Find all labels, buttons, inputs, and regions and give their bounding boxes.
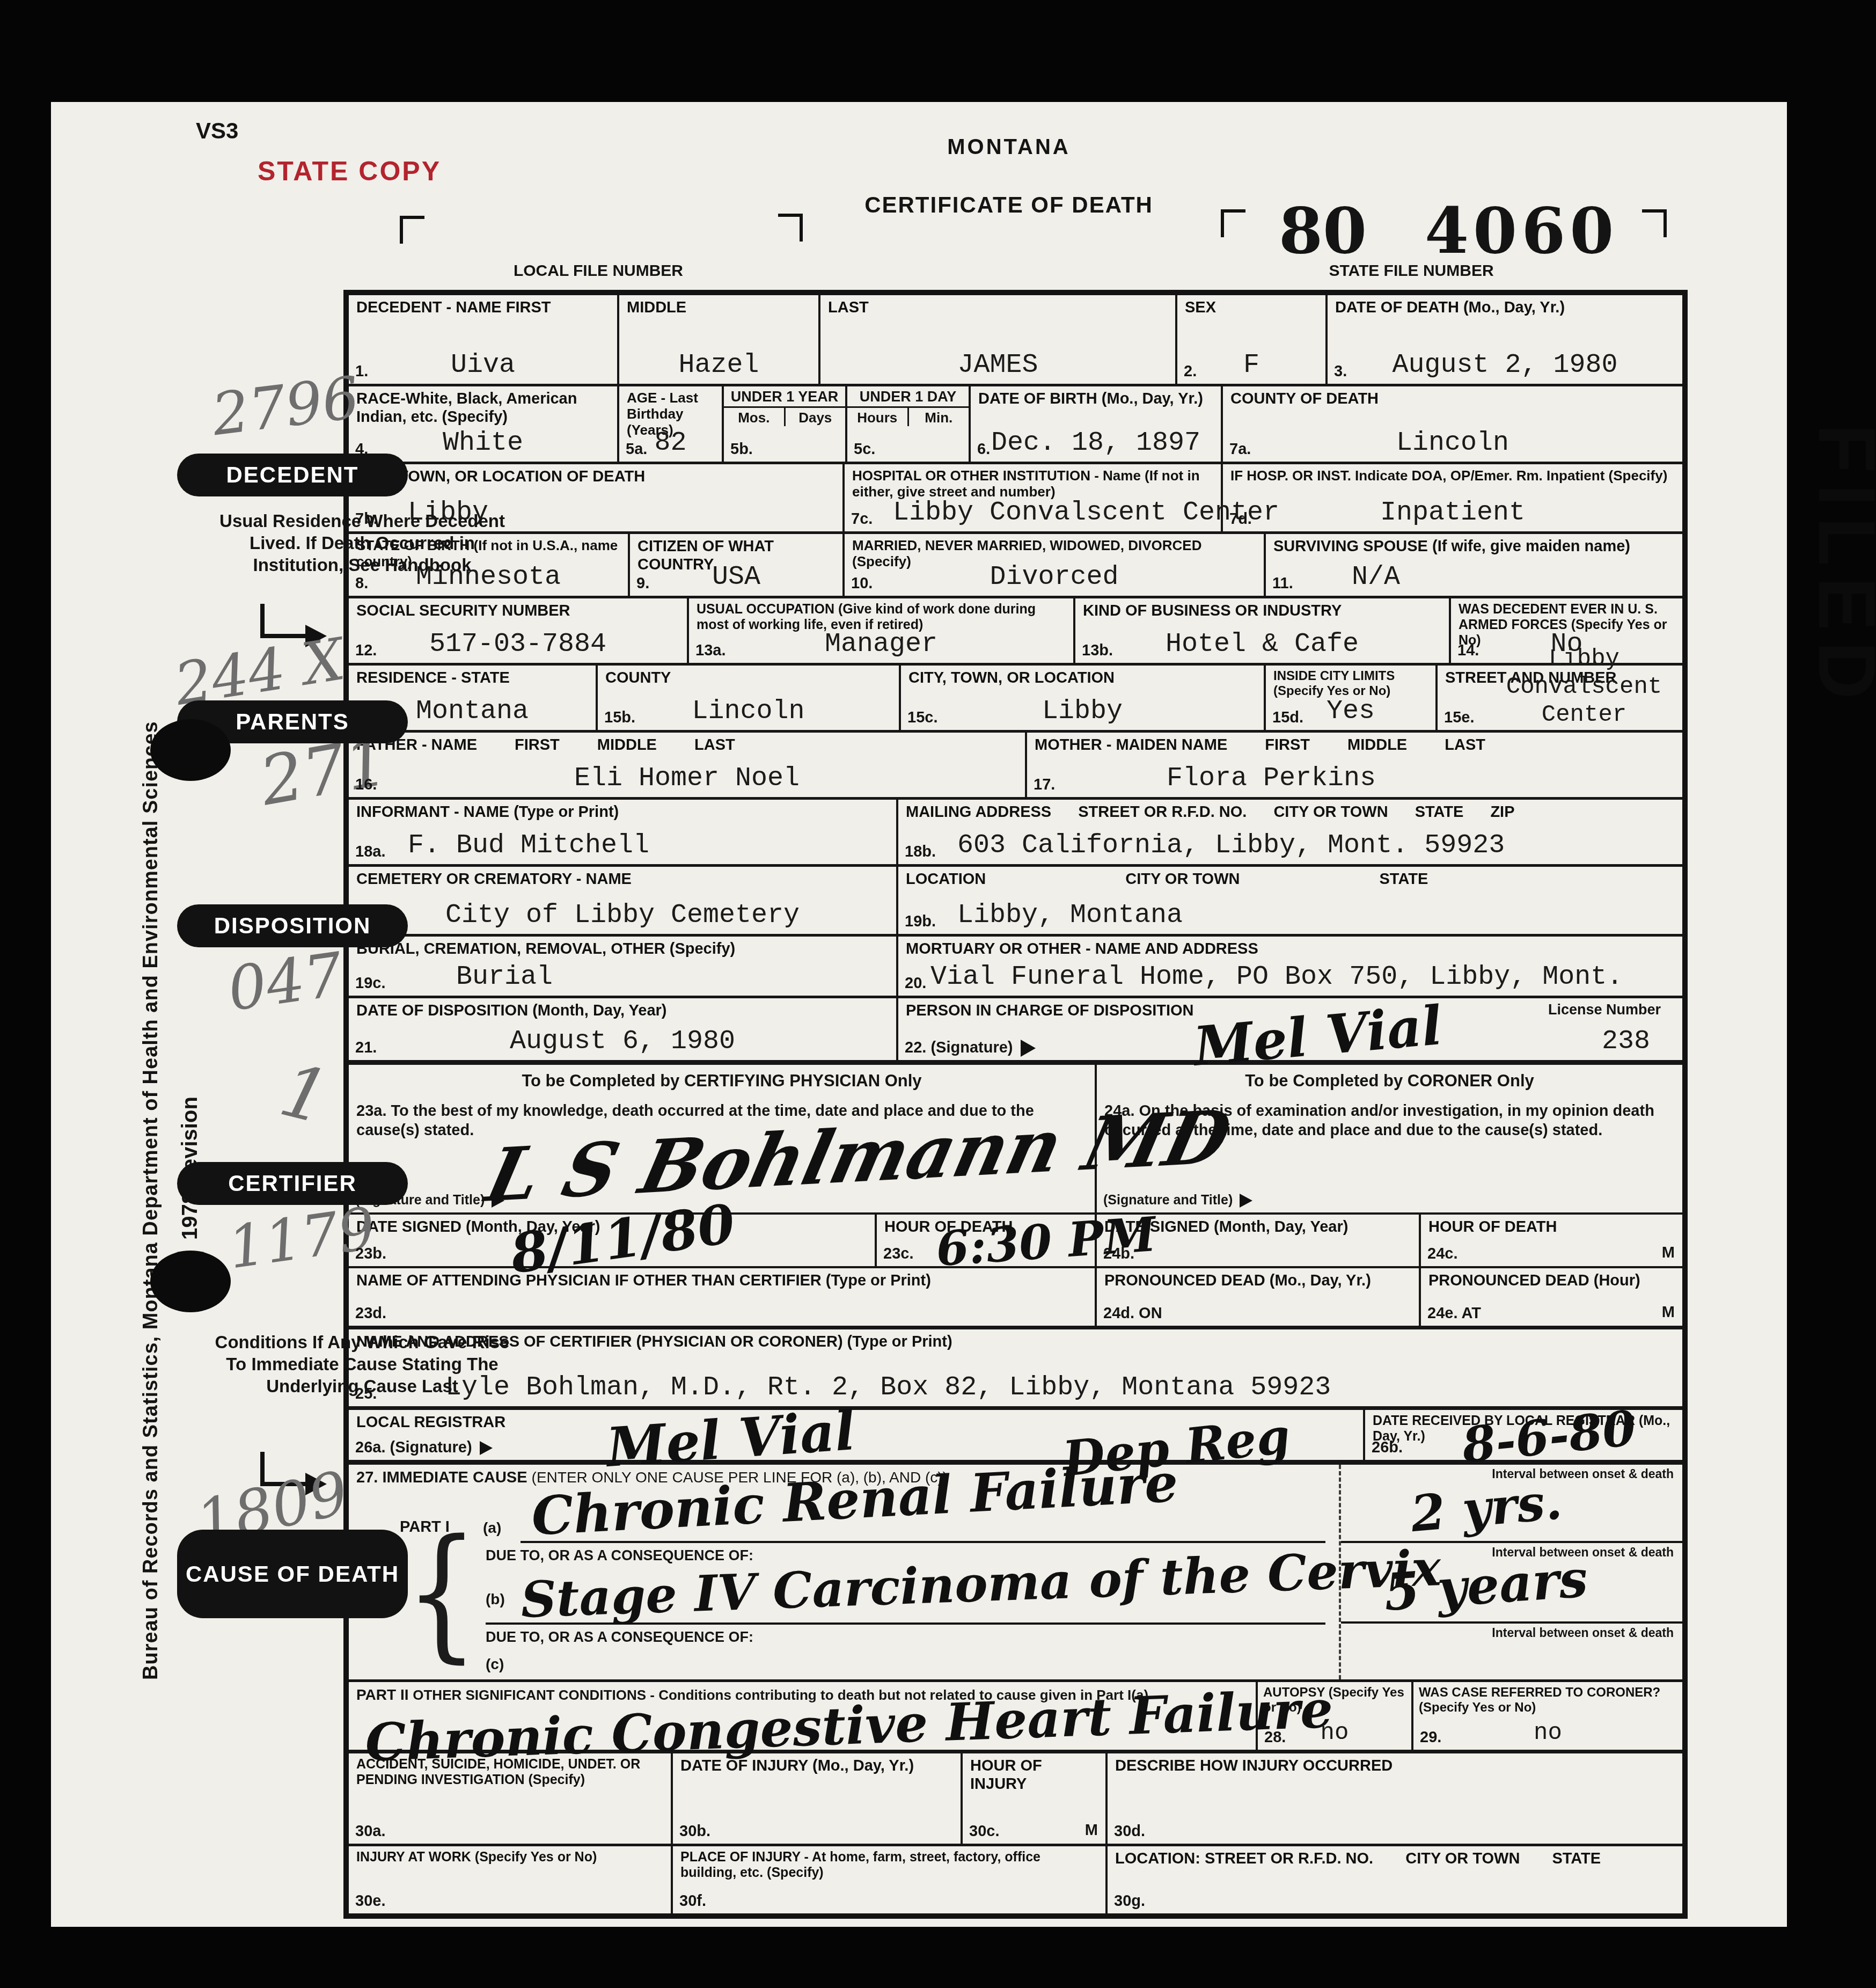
field-label: CEMETERY OR CREMATORY - NAME — [349, 867, 896, 888]
meridiem-marker: M — [1085, 1822, 1098, 1839]
field-value: F — [1177, 350, 1325, 381]
field-number: 8. — [355, 575, 368, 593]
field-informant: INFORMANT - NAME (Type or Print) 18a. F.… — [349, 800, 896, 864]
field-number: 23b. — [355, 1245, 386, 1263]
field-number: 13a. — [695, 642, 726, 660]
interval-column: Interval between onset & death 2 yrs. In… — [1339, 1465, 1682, 1679]
section-header-coroner: To be Completed by CORONER Only — [1097, 1065, 1682, 1097]
label-last: LAST — [694, 736, 735, 754]
field-number: 26b. — [1372, 1439, 1403, 1457]
field-number: 24d. ON — [1103, 1305, 1162, 1322]
at-label: AT — [1461, 1305, 1481, 1322]
field-first-name: DECEDENT - NAME FIRST 1. Uiva — [349, 295, 617, 384]
part1-label: PART I — [400, 1518, 450, 1536]
field-label: MOTHER - MAIDEN NAME FIRST MIDDLE LAST — [1027, 733, 1682, 754]
label-state: STATE — [1380, 870, 1428, 888]
field-number: 28. — [1264, 1729, 1286, 1746]
meridiem-marker: M — [1662, 1244, 1675, 1262]
field-number: 6. — [977, 441, 990, 458]
field-number: 3. — [1334, 363, 1347, 381]
pronounced-dead-row: PRONOUNCED DEAD (Mo., Day, Yr.) 24d. ON … — [1097, 1266, 1682, 1326]
field-pronounced-dead-hour: PRONOUNCED DEAD (Hour) 24e. AT M — [1419, 1268, 1682, 1326]
field-hour-of-death: HOUR OF DEATH 23c. 6:30 PM — [875, 1215, 1095, 1266]
field-number: 30g. — [1114, 1892, 1145, 1910]
field-hospital-status: IF HOSP. OR INST. Indicate DOA, OP/Emer.… — [1221, 464, 1682, 531]
field-label: COUNTY OF DEATH — [1223, 386, 1682, 408]
part2-area: PART II OTHER SIGNIFICANT CONDITIONS - C… — [349, 1679, 1682, 1750]
field-age: AGE - Last Birthday (Years) 5a. 82 — [617, 386, 722, 462]
field-citizen: CITIZEN OF WHAT COUNTRY 9. USA — [628, 534, 842, 596]
field-number-text: 22. — [905, 1039, 926, 1056]
due-to-label: DUE TO, OR AS A CONSEQUENCE OF: — [486, 1547, 753, 1564]
immediate-cause-label: IMMEDIATE CAUSE — [382, 1469, 527, 1486]
field-value: Divorced — [845, 562, 1264, 593]
field-value: August 6, 1980 — [349, 1026, 896, 1057]
page-title: CERTIFICATE OF DEATH — [821, 192, 1197, 218]
field-label: RESIDENCE - STATE — [349, 666, 596, 687]
field-inside-city-limits: INSIDE CITY LIMITS (Specify Yes or No) 1… — [1264, 666, 1435, 730]
field-value: JAMES — [820, 350, 1175, 381]
row-disposition: DATE OF DISPOSITION (Month, Day, Year) 2… — [349, 996, 1682, 1060]
field-mortuary: MORTUARY OR OTHER - NAME AND ADDRESS 20.… — [896, 937, 1682, 996]
field-value: Lincoln — [1223, 428, 1682, 458]
pencil-code-decedent: 2796 — [208, 364, 363, 449]
field-value: no — [1413, 1720, 1682, 1746]
field-label: DATE OF DISPOSITION (Month, Day, Year) — [349, 998, 896, 1020]
field-number: 7b. — [355, 510, 378, 528]
field-label: INSIDE CITY LIMITS (Specify Yes or No) — [1266, 666, 1435, 699]
field-number: 30b. — [679, 1823, 710, 1840]
field-number: 23a. — [356, 1102, 386, 1120]
label-zip: ZIP — [1490, 803, 1514, 821]
brace-glyph: { — [405, 1520, 479, 1664]
field-place-of-injury: PLACE OF INJURY - At home, farm, street,… — [671, 1846, 1105, 1913]
state-file-number-value: 4060 — [1425, 193, 1607, 268]
row-burial: BURIAL, CREMATION, REMOVAL, OTHER (Speci… — [349, 934, 1682, 996]
field-label: CITY, TOWN, OR LOCATION OF DEATH — [349, 464, 842, 486]
field-value: Eli Homer Noel — [349, 763, 1025, 794]
field-number: 25. — [355, 1385, 377, 1403]
field-label: IF HOSP. OR INST. Indicate DOA, OP/Emer.… — [1223, 464, 1682, 484]
field-number: 30c. — [969, 1823, 999, 1840]
field-number: 21. — [355, 1039, 377, 1057]
field-cemetery: CEMETERY OR CREMATORY - NAME 19a. City o… — [349, 867, 896, 934]
certificate-form: DECEDENT - NAME FIRST 1. Uiva MIDDLE Haz… — [343, 290, 1688, 1919]
field-number: 18b. — [905, 843, 936, 861]
label-middle: MIDDLE — [597, 736, 657, 754]
field-describe-injury: DESCRIBE HOW INJURY OCCURRED 30d. — [1105, 1753, 1682, 1844]
field-race: RACE-White, Black, American Indian, etc.… — [349, 386, 617, 462]
field-number: 30f. — [679, 1892, 706, 1910]
field-date-signed: DATE SIGNED (Month, Day, Year) 23b. 8/11… — [349, 1215, 875, 1266]
field-value: USA — [630, 562, 842, 593]
corner-bracket-icon — [1221, 209, 1245, 237]
field-label: PLACE OF INJURY - At home, farm, street,… — [673, 1846, 1105, 1881]
label-first: FIRST — [515, 736, 560, 754]
field-value: 517-03-7884 — [349, 629, 687, 660]
field-number: 19b. — [905, 913, 936, 931]
label-street: STREET OR R.F.D. NO. — [1078, 803, 1247, 821]
field-number: 5a. — [626, 441, 647, 458]
field-value: Inpatient — [1223, 498, 1682, 528]
file-year: 80 — [1274, 193, 1371, 268]
field-value: Flora Perkins — [1027, 763, 1682, 794]
field-coroner-hour: HOUR OF DEATH 24c. M — [1419, 1215, 1682, 1266]
line-b-label: (b) — [486, 1591, 505, 1608]
coroner-date-hour-row: DATE SIGNED (Month, Day, Year) 24b. HOUR… — [1097, 1212, 1682, 1266]
field-number: 23c. — [883, 1245, 913, 1263]
field-value: Libby Convalscent Center — [845, 498, 1221, 528]
corner-bracket-icon — [1642, 209, 1667, 237]
field-residence-city: CITY, TOWN, OR LOCATION 15c. Libby — [899, 666, 1264, 730]
field-disposition-person: PERSON IN CHARGE OF DISPOSITION 22. (Sig… — [896, 998, 1682, 1060]
pencil-code-single: 1 — [272, 1048, 337, 1141]
field-number: 20. — [905, 975, 926, 992]
immediate-cause-area: 27. IMMEDIATE CAUSE (ENTER ONLY ONE CAUS… — [349, 1465, 1339, 1679]
field-date-received: DATE RECEIVED BY LOCAL REGISTRAR (Mo., D… — [1363, 1410, 1682, 1460]
row-residence: RESIDENCE - STATE 15a. Montana COUNTY 15… — [349, 663, 1682, 730]
label-mother: MOTHER - MAIDEN NAME — [1035, 736, 1227, 754]
field-label: MAILING ADDRESS STREET OR R.F.D. NO. CIT… — [898, 800, 1682, 821]
field-number: 12. — [355, 642, 377, 660]
certificate-paper: VS3 STATE COPY MONTANA CERTIFICATE OF DE… — [51, 102, 1787, 1927]
field-hour-of-injury: HOUR OF INJURY 30c. M — [961, 1753, 1105, 1844]
sub-columns: Mos. Days — [724, 408, 845, 426]
certifying-physician-half: To be Completed by CERTIFYING PHYSICIAN … — [349, 1065, 1095, 1326]
field-number: 24b. — [1103, 1245, 1134, 1263]
field-label: CITY, TOWN, OR LOCATION — [901, 666, 1264, 687]
interval-label: Interval between onset & death — [1341, 1624, 1682, 1640]
meridiem-marker: M — [1662, 1304, 1675, 1321]
field-middle-name: MIDDLE Hazel — [617, 295, 818, 384]
field-label: HOUR OF INJURY — [963, 1753, 1105, 1793]
label-last: LAST — [1445, 736, 1485, 754]
field-value: Dec. 18, 1897 — [971, 428, 1221, 458]
field-injury-location: LOCATION: STREET OR R.F.D. NO. CITY OR T… — [1105, 1846, 1682, 1913]
field-number: 30a. — [355, 1823, 385, 1840]
field-label: PRONOUNCED DEAD (Mo., Day, Yr.) — [1097, 1268, 1419, 1290]
field-under-1-year: UNDER 1 YEAR Mos. Days 5b. — [722, 386, 845, 462]
field-label: MORTUARY OR OTHER - NAME AND ADDRESS — [898, 937, 1682, 958]
field-label: UNDER 1 YEAR — [724, 386, 845, 408]
signature-label: (Signature) — [930, 1039, 1013, 1056]
interval-a-block: Interval between onset & death 2 yrs. — [1341, 1465, 1682, 1543]
field-number: 22. (Signature) — [905, 1039, 1036, 1057]
corner-bracket-icon — [778, 214, 803, 242]
field-date-of-injury: DATE OF INJURY (Mo., Day, Yr.) 30b. — [671, 1753, 961, 1844]
part2-label: PART II — [356, 1686, 408, 1703]
punch-hole — [150, 719, 231, 781]
field-number: 18a. — [355, 843, 385, 861]
signature-label-text: (Signature and Title) — [1103, 1193, 1233, 1208]
label-middle: MIDDLE — [1347, 736, 1407, 754]
state-copy-stamp: STATE COPY — [258, 156, 441, 187]
license-number-label: License Number — [1548, 1002, 1661, 1018]
field-father-name: FATHER - NAME FIRST MIDDLE LAST 16. Eli … — [349, 733, 1025, 797]
field-occupation: USUAL OCCUPATION (Give kind of work done… — [687, 598, 1073, 663]
row-parents: FATHER - NAME FIRST MIDDLE LAST 16. Eli … — [349, 730, 1682, 797]
field-business: KIND OF BUSINESS OR INDUSTRY 13b. Hotel … — [1073, 598, 1449, 663]
section-header-physician: To be Completed by CERTIFYING PHYSICIAN … — [349, 1065, 1095, 1097]
field-label: BURIAL, CREMATION, REMOVAL, OTHER (Speci… — [349, 937, 896, 958]
signature-arrow-icon — [480, 1441, 493, 1455]
field-number: 9. — [636, 575, 649, 593]
field-label: MIDDLE — [619, 295, 818, 317]
field-injury-at-work: INJURY AT WORK (Specify Yes or No) 30e. — [349, 1846, 671, 1913]
field-mailing-address: MAILING ADDRESS STREET OR R.F.D. NO. CIT… — [896, 800, 1682, 864]
scan-artifact: FILED — [1800, 424, 1876, 710]
field-number-text: 26a. — [355, 1439, 385, 1456]
field-value: Manager — [689, 629, 1073, 660]
field-number: 24e. AT — [1427, 1305, 1481, 1322]
scanned-death-certificate: VS3 STATE COPY MONTANA CERTIFICATE OF DE… — [0, 0, 1876, 1988]
field-label: LOCATION: STREET OR R.F.D. NO. CITY OR T… — [1108, 1846, 1682, 1868]
field-label: SOCIAL SECURITY NUMBER — [349, 598, 687, 620]
field-value: Libby, Montana — [898, 900, 1682, 931]
row-birth-citizen-marital: STATE OF BIRTH (If not in U.S.A., name c… — [349, 531, 1682, 596]
label-mailing: MAILING ADDRESS — [906, 803, 1051, 821]
tab-certifier: CERTIFIER — [177, 1162, 408, 1205]
field-pronounced-dead-date: PRONOUNCED DEAD (Mo., Day, Yr.) 24d. ON — [1097, 1268, 1419, 1326]
label-state: STATE — [1552, 1850, 1601, 1868]
field-label: HOSPITAL OR OTHER INSTITUTION - Name (If… — [845, 464, 1221, 500]
due-to-label: DUE TO, OR AS A CONSEQUENCE OF: — [486, 1629, 753, 1646]
field-number: 13b. — [1082, 642, 1113, 660]
field-residence-county: COUNTY 15b. Lincoln — [596, 666, 899, 730]
sub-label-minutes: Min. — [907, 408, 969, 426]
on-label: ON — [1139, 1305, 1162, 1322]
pencil-code-disposition: 047 — [224, 940, 347, 1025]
field-label: KIND OF BUSINESS OR INDUSTRY — [1075, 598, 1449, 620]
row-place-of-death: CITY, TOWN, OR LOCATION OF DEATH 7b. Lib… — [349, 462, 1682, 531]
field-value: Lincoln — [598, 696, 899, 727]
field-label: FATHER - NAME FIRST MIDDLE LAST — [349, 733, 1025, 754]
cause-of-death-section: 27. IMMEDIATE CAUSE (ENTER ONLY ONE CAUS… — [349, 1460, 1682, 1750]
field-attending-physician: NAME OF ATTENDING PHYSICIAN IF OTHER THA… — [349, 1266, 1095, 1326]
row-injury-b: INJURY AT WORK (Specify Yes or No) 30e. … — [349, 1844, 1682, 1913]
sub-label-hours: Hours — [847, 408, 907, 426]
field-last-name: LAST JAMES — [818, 295, 1175, 384]
field-label: DESCRIBE HOW INJURY OCCURRED — [1108, 1753, 1682, 1775]
tab-decedent: DECEDENT — [177, 454, 408, 496]
label-location: LOCATION: STREET OR R.F.D. NO. — [1115, 1850, 1373, 1868]
field-number: 5b. — [730, 441, 753, 458]
field-number: 11. — [1272, 575, 1293, 593]
field-label: RACE-White, Black, American Indian, etc.… — [349, 386, 617, 426]
field-cemetery-location: LOCATION CITY OR TOWN STATE 19b. Libby, … — [896, 867, 1682, 934]
field-label: LAST — [820, 295, 1175, 317]
field-value: F. Bud Mitchell — [349, 830, 896, 861]
field-label: COUNTY — [598, 666, 899, 687]
field-number-text: 24e. — [1427, 1305, 1457, 1322]
bureau-vertical-text: Bureau of Records and Statistics, Montan… — [140, 467, 173, 1680]
field-number-text: 24d. — [1103, 1305, 1134, 1322]
field-value: Burial — [349, 962, 896, 992]
field-number: 2. — [1184, 363, 1197, 381]
field-value: N/A — [1266, 562, 1682, 593]
field-number: 16. — [355, 776, 377, 794]
signature-label: (Signature and Title) — [1103, 1193, 1252, 1208]
field-label: SURVIVING SPOUSE (If wife, give maiden n… — [1266, 534, 1682, 556]
license-number-value: 238 — [1602, 1026, 1650, 1057]
field-label: SEX — [1177, 295, 1325, 317]
field-number: 30e. — [355, 1892, 385, 1910]
corner-bracket-icon — [400, 216, 424, 244]
signature-arrow-icon — [1021, 1040, 1036, 1057]
field-case-referred: WAS CASE REFERRED TO CORONER? (Specify Y… — [1411, 1682, 1682, 1750]
sub-columns: Hours Min. — [847, 408, 969, 426]
field-label: HOUR OF DEATH — [1421, 1215, 1682, 1236]
label-location: LOCATION — [906, 870, 986, 888]
line-a-label: (a) — [483, 1519, 501, 1537]
line-c-label: (c) — [486, 1656, 504, 1673]
field-marital-status: MARRIED, NEVER MARRIED, WIDOWED, DIVORCE… — [842, 534, 1264, 596]
field-number: 23d. — [355, 1305, 386, 1322]
field-value: August 2, 1980 — [1328, 350, 1682, 381]
field-sex: SEX 2. F — [1175, 295, 1325, 384]
label-city: CITY OR TOWN — [1405, 1850, 1520, 1868]
field-number: 7d. — [1229, 510, 1252, 528]
field-number: 7a. — [1229, 441, 1251, 458]
row-local-registrar: LOCAL REGISTRAR 26a. (Signature) Mel Via… — [349, 1406, 1682, 1460]
field-number: 19c. — [355, 975, 385, 992]
row-certifier-name: NAME AND ADDRESS OF CERTIFIER (PHYSICIAN… — [349, 1326, 1682, 1406]
field-number: 1. — [355, 363, 368, 381]
field-mother-name: MOTHER - MAIDEN NAME FIRST MIDDLE LAST 1… — [1025, 733, 1682, 797]
label-state: STATE — [1415, 803, 1464, 821]
field-local-registrar: LOCAL REGISTRAR 26a. (Signature) Mel Via… — [349, 1410, 1363, 1460]
field-surviving-spouse: SURVIVING SPOUSE (If wife, give maiden n… — [1264, 534, 1682, 596]
field-label: DATE OF BIRTH (Mo., Day, Yr.) — [971, 386, 1221, 408]
handwritten-interval-a: 2 yrs. — [1409, 1472, 1564, 1543]
punch-hole — [150, 1251, 231, 1312]
certifier-coroner-section: To be Completed by CERTIFYING PHYSICIAN … — [349, 1060, 1682, 1326]
label-city: CITY OR TOWN — [1125, 870, 1240, 888]
field-value: 603 California, Libby, Mont. 59923 — [898, 830, 1682, 861]
field-number: 7c. — [851, 510, 873, 528]
field-value: City of Libby Cemetery — [349, 900, 896, 931]
field-label: WAS CASE REFERRED TO CORONER? (Specify Y… — [1413, 1682, 1682, 1715]
field-number: 10. — [851, 575, 873, 593]
row-decedent-name: DECEDENT - NAME FIRST 1. Uiva MIDDLE Haz… — [349, 295, 1682, 384]
field-label: NAME AND ADDRESS OF CERTIFIER (PHYSICIAN… — [349, 1329, 1682, 1351]
field-value: Lyle Bohlman, M.D., Rt. 2, Box 82, Libby… — [349, 1372, 1682, 1403]
tab-disposition: DISPOSITION — [177, 904, 408, 947]
field-number: 30d. — [1114, 1823, 1145, 1840]
field-value: Hazel — [619, 350, 818, 381]
field-ssn: SOCIAL SECURITY NUMBER 12. 517-03-7884 — [349, 598, 687, 663]
field-label: USUAL OCCUPATION (Give kind of work done… — [689, 598, 1073, 633]
field-number: 5c. — [854, 441, 875, 458]
field-number: 26a. (Signature) — [355, 1439, 493, 1457]
field-burial-type: BURIAL, CREMATION, REMOVAL, OTHER (Speci… — [349, 937, 896, 996]
field-value: Libby — [901, 696, 1264, 727]
field-label: UNDER 1 DAY — [847, 386, 969, 408]
field-certifier: NAME AND ADDRESS OF CERTIFIER (PHYSICIAN… — [349, 1329, 1682, 1406]
field-number: 24c. — [1427, 1245, 1457, 1263]
interval-c-block: Interval between onset & death — [1341, 1624, 1682, 1675]
label-first: FIRST — [1265, 736, 1310, 754]
sub-label-months: Mos. — [724, 408, 784, 426]
signature-arrow-icon — [1240, 1194, 1252, 1208]
field-label: DATE OF DEATH (Mo., Day, Yr.) — [1328, 295, 1682, 317]
row-race-age: RACE-White, Black, American Indian, etc.… — [349, 384, 1682, 462]
tab-cause-of-death: CAUSE OF DEATH — [177, 1530, 408, 1618]
field-disposition-date: DATE OF DISPOSITION (Month, Day, Year) 2… — [349, 998, 896, 1060]
row-cemetery: CEMETERY OR CREMATORY - NAME 19a. City o… — [349, 864, 1682, 934]
field-label: INJURY AT WORK (Specify Yes or No) — [349, 1846, 671, 1865]
field-county-of-death: COUNTY OF DEATH 7a. Lincoln — [1221, 386, 1682, 462]
field-number: 14. — [1457, 642, 1479, 660]
field-number: 15b. — [604, 709, 635, 727]
field-date-of-birth: DATE OF BIRTH (Mo., Day, Yr.) 6. Dec. 18… — [969, 386, 1221, 462]
field-number: 29. — [1420, 1729, 1441, 1746]
field-date-of-death: DATE OF DEATH (Mo., Day, Yr.) 3. August … — [1325, 295, 1682, 384]
field-value: Uiva — [349, 350, 617, 381]
field-value: Vial Funeral Home, PO Box 750, Libby, Mo… — [898, 962, 1682, 992]
row-informant: INFORMANT - NAME (Type or Print) 18a. F.… — [349, 797, 1682, 864]
label-city: CITY OR TOWN — [1273, 803, 1388, 821]
local-file-number-label: LOCAL FILE NUMBER — [459, 262, 738, 280]
field-value: Hotel & Cafe — [1075, 629, 1449, 660]
sub-label-days: Days — [784, 408, 846, 426]
field-number: 15d. — [1272, 709, 1303, 727]
state-name: MONTANA — [821, 135, 1197, 159]
field-number: 15c. — [907, 709, 937, 727]
field-number: 27. — [356, 1469, 378, 1486]
field-label: INFORMANT - NAME (Type or Print) — [349, 800, 896, 821]
physician-date-hour-row: DATE SIGNED (Month, Day, Year) 23b. 8/11… — [349, 1212, 1095, 1266]
form-code: VS3 — [196, 118, 238, 144]
state-file-number-label: STATE FILE NUMBER — [1272, 262, 1551, 280]
field-label: PRONOUNCED DEAD (Hour) — [1421, 1268, 1682, 1290]
field-hospital: HOSPITAL OR OTHER INSTITUTION - Name (If… — [842, 464, 1221, 531]
field-under-1-day: UNDER 1 DAY Hours Min. 5c. — [845, 386, 969, 462]
signature-label: (Signature) — [390, 1439, 472, 1456]
field-number: 17. — [1034, 776, 1055, 794]
field-label: LOCATION CITY OR TOWN STATE — [898, 867, 1682, 888]
field-street-and-number: STREET AND NUMBER 15e. Libby Convalscent… — [1435, 666, 1682, 730]
field-number: 15e. — [1444, 709, 1474, 727]
field-label: DECEDENT - NAME FIRST — [349, 295, 617, 317]
